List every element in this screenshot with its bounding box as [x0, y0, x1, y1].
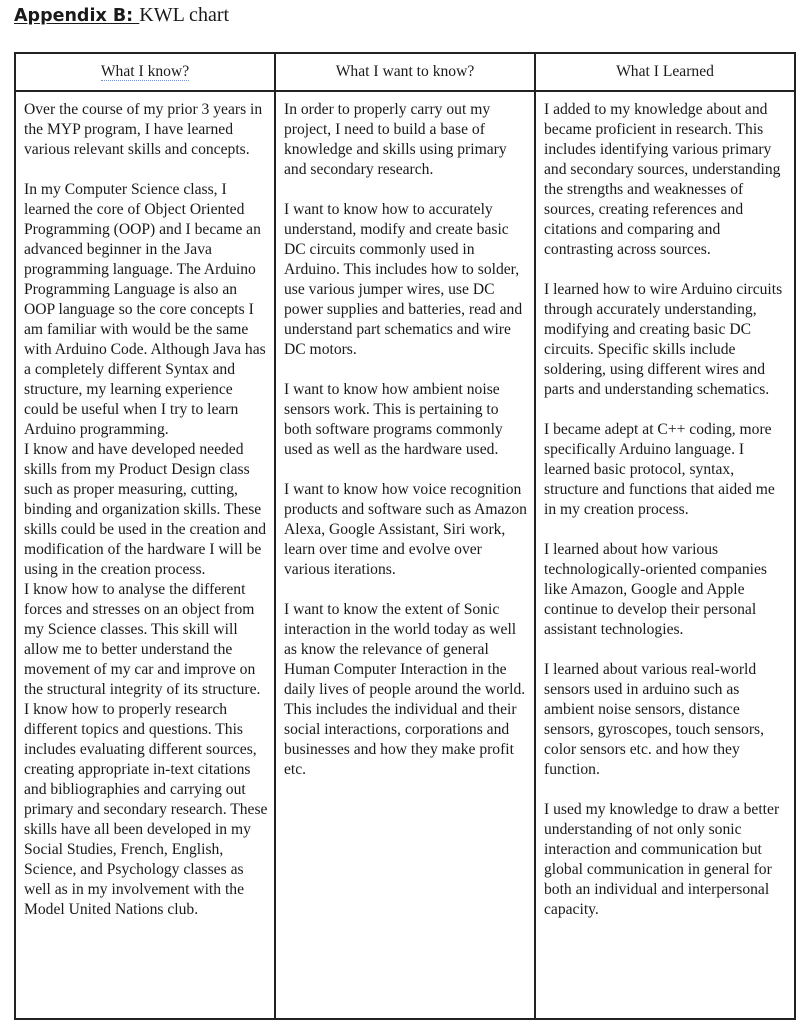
know-paragraph: Over the course of my prior 3 years in t… [24, 100, 268, 160]
learned-paragraph: I learned about various real-world senso… [544, 660, 788, 780]
appendix-title: KWL chart [139, 4, 229, 26]
kwl-chart-table: What I know? What I want to know? What I… [14, 52, 796, 1020]
learned-paragraph: I learned how to wire Arduino circuits t… [544, 280, 788, 400]
want-cell: In order to properly carry out my projec… [275, 91, 535, 1019]
learned-paragraph: I learned about how various technologica… [544, 540, 788, 640]
learned-paragraph: I became adept at C++ coding, more speci… [544, 420, 788, 520]
header-what-i-know: What I know? [15, 53, 275, 91]
appendix-heading: Appendix B: KWL chart [14, 3, 229, 28]
know-paragraph: In my Computer Science class, I learned … [24, 180, 268, 440]
header-row: What I know? What I want to know? What I… [15, 53, 795, 91]
learned-paragraph: I added to my knowledge about and became… [544, 100, 788, 260]
learned-paragraph: I used my knowledge to draw a better und… [544, 800, 788, 920]
know-paragraph: I know how to properly research differen… [24, 700, 268, 920]
header-what-i-learned: What I Learned [535, 53, 795, 91]
learned-cell: I added to my knowledge about and became… [535, 91, 795, 1019]
want-paragraph: I want to know how voice recognition pro… [284, 480, 528, 580]
want-paragraph: I want to know how to accurately underst… [284, 200, 528, 360]
want-paragraph: I want to know how ambient noise sensors… [284, 380, 528, 460]
want-paragraph: I want to know the extent of Sonic inter… [284, 600, 528, 780]
content-row: Over the course of my prior 3 years in t… [15, 91, 795, 1019]
know-paragraph: I know how to analyse the different forc… [24, 580, 268, 700]
header-what-i-want-to-know: What I want to know? [275, 53, 535, 91]
know-cell: Over the course of my prior 3 years in t… [15, 91, 275, 1019]
know-paragraph: I know and have developed needed skills … [24, 440, 268, 580]
appendix-label: Appendix B: [14, 6, 139, 26]
want-paragraph: In order to properly carry out my projec… [284, 100, 528, 180]
